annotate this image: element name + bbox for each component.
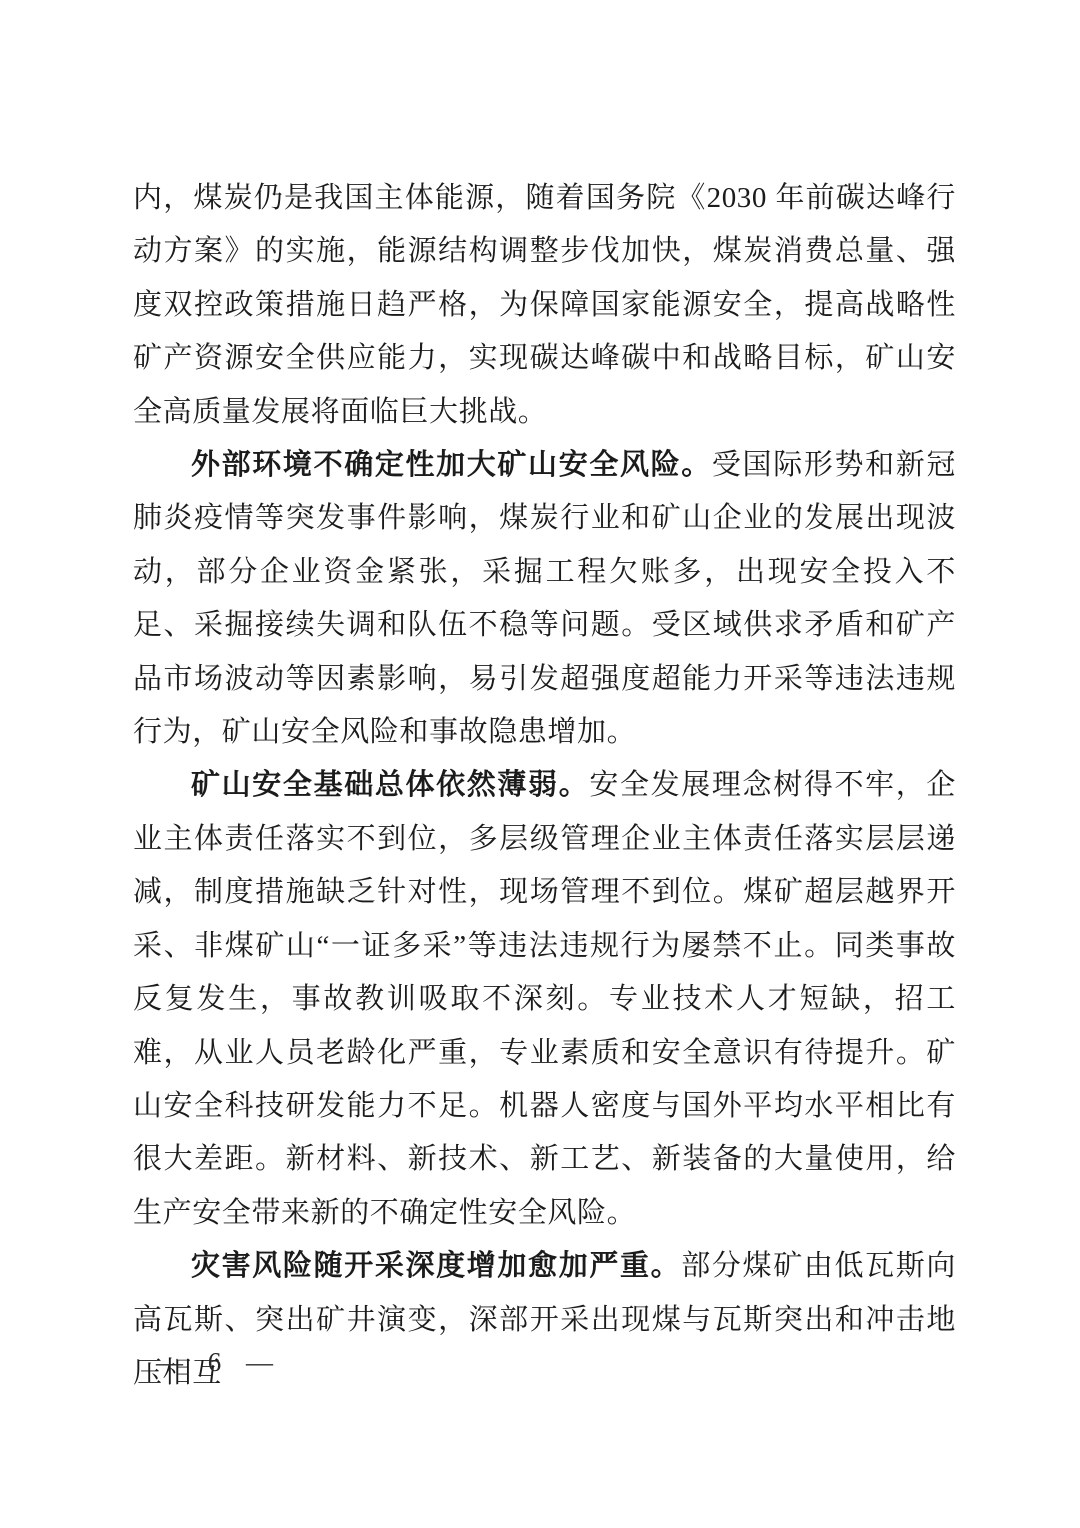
paragraph: 内，煤炭仍是我国主体能源，随着国务院《2030 年前碳达峰行动方案》的实施，能源… <box>133 172 956 439</box>
paragraph-text: 受国际形势和新冠肺炎疫情等突发事件影响，煤炭行业和矿山企业的发展出现波动，部分企… <box>133 449 956 748</box>
paragraph-lead: 灾害风险随开采深度增加愈加严重。 <box>191 1250 681 1282</box>
document-body: 内，煤炭仍是我国主体能源，随着国务院《2030 年前碳达峰行动方案》的实施，能源… <box>133 172 956 1400</box>
paragraph-text: 内，煤炭仍是我国主体能源，随着国务院《2030 年前碳达峰行动方案》的实施，能源… <box>133 182 956 428</box>
document-page: 内，煤炭仍是我国主体能源，随着国务院《2030 年前碳达峰行动方案》的实施，能源… <box>0 0 1080 1528</box>
paragraph: 矿山安全基础总体依然薄弱。安全发展理念树得不牢，企业主体责任落实不到位，多层级管… <box>133 759 956 1240</box>
paragraph-lead: 矿山安全基础总体依然薄弱。 <box>191 769 589 801</box>
paragraph-text: 安全发展理念树得不牢，企业主体责任落实不到位，多层级管理企业主体责任落实层层递减… <box>133 769 956 1228</box>
page-number: — 6 — <box>156 1347 274 1377</box>
paragraph: 外部环境不确定性加大矿山安全风险。受国际形势和新冠肺炎疫情等突发事件影响，煤炭行… <box>133 439 956 759</box>
paragraph-lead: 外部环境不确定性加大矿山安全风险。 <box>191 449 712 481</box>
page-footer: — 6 — <box>156 1342 274 1382</box>
